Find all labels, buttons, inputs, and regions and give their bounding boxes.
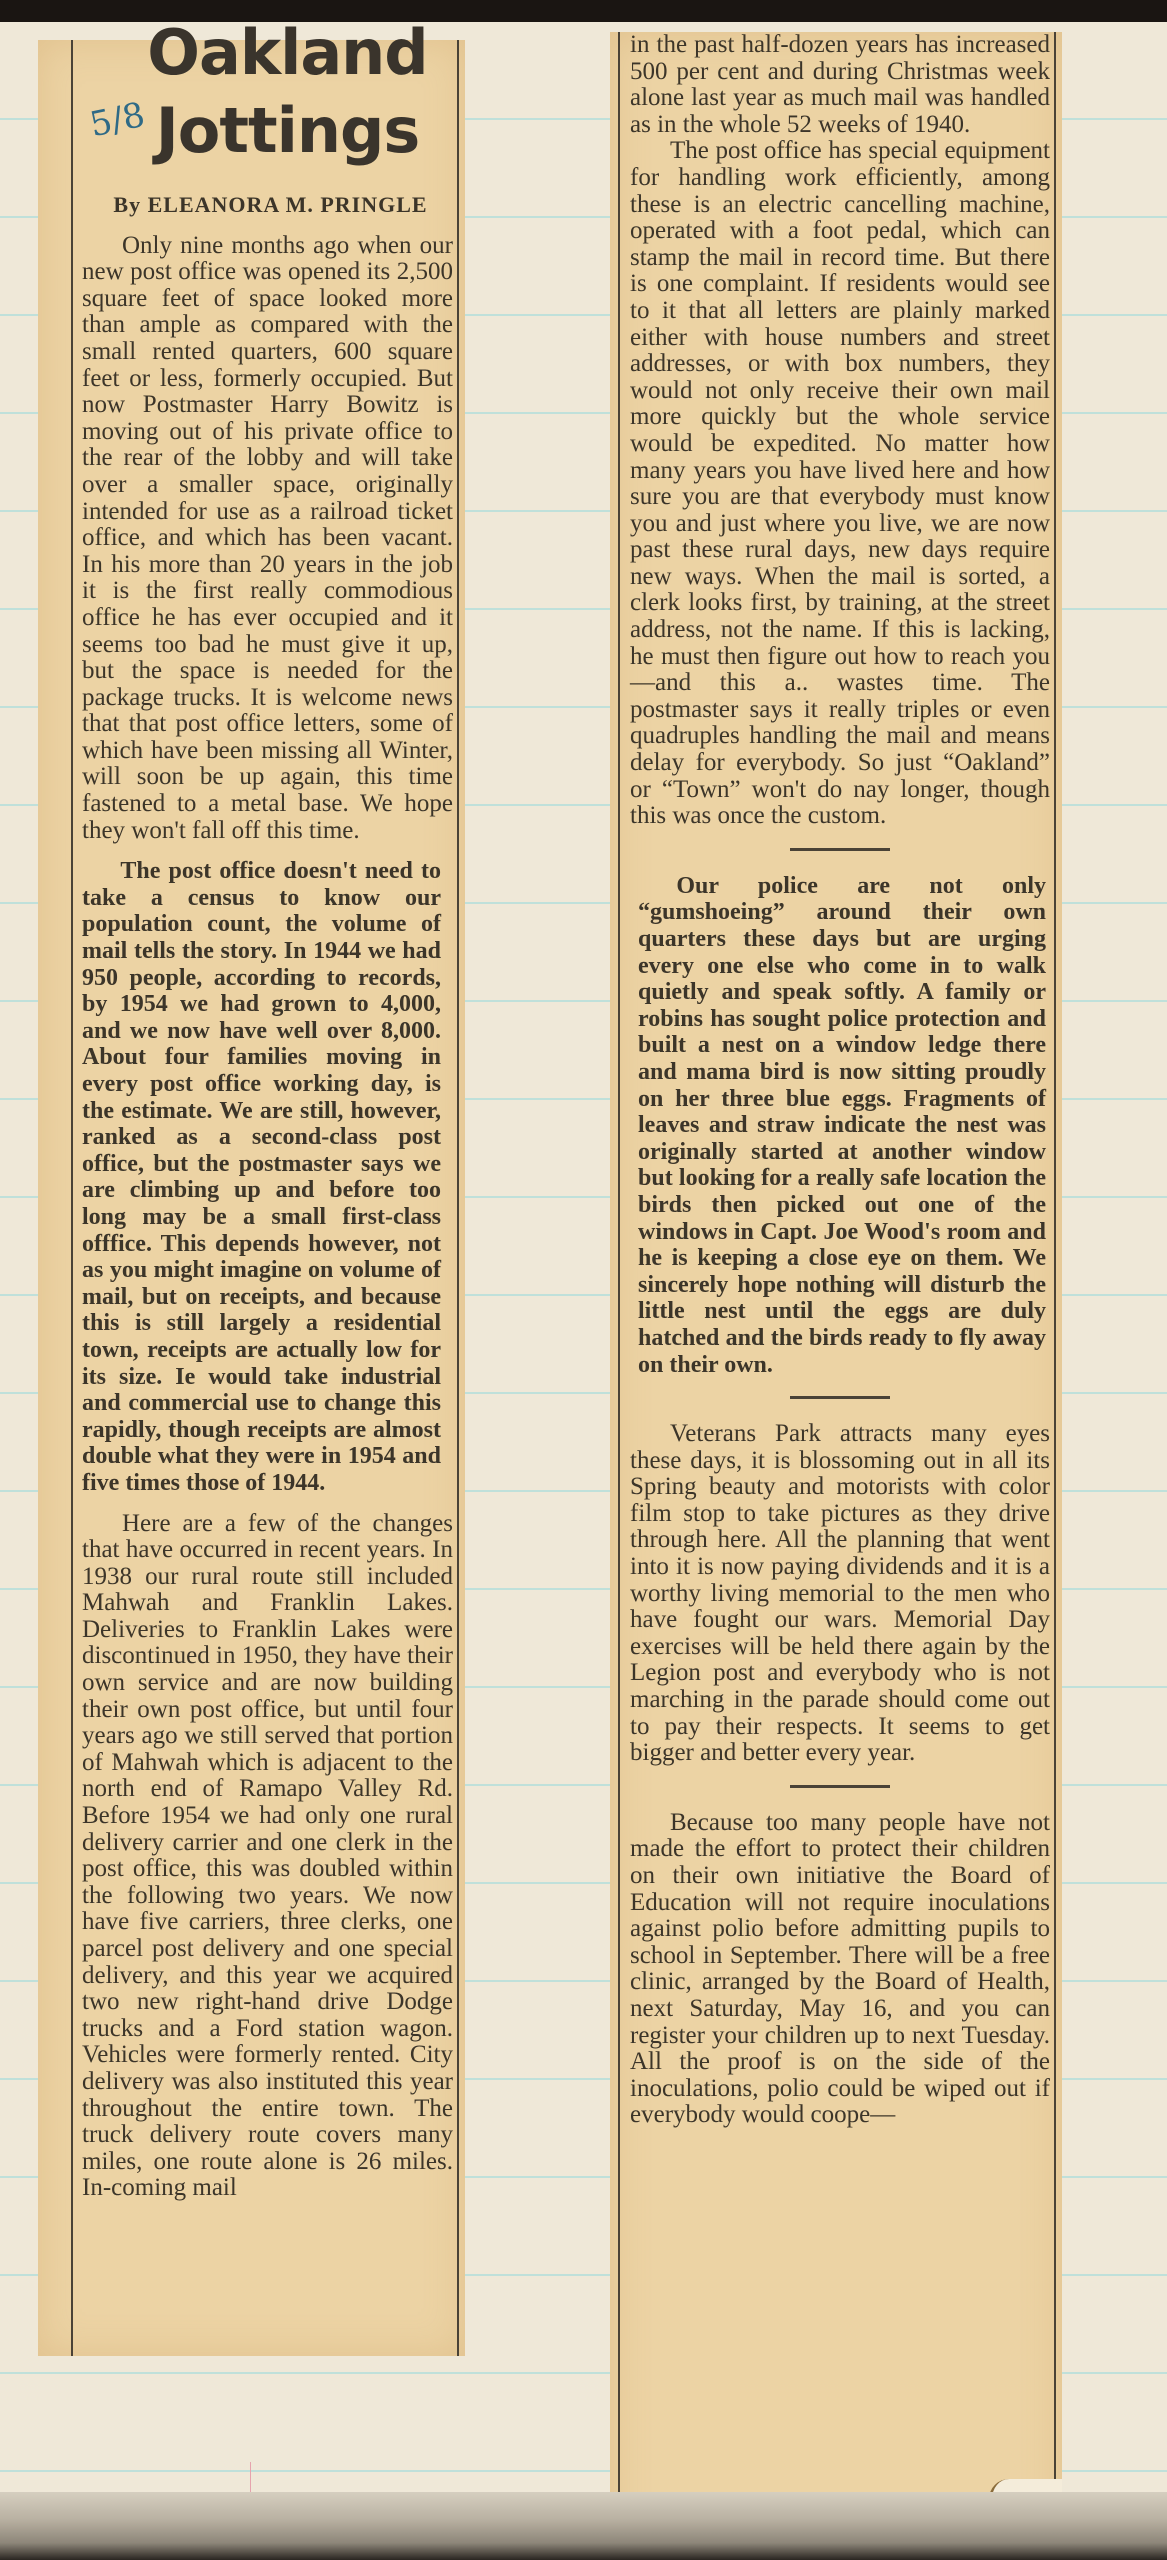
clipping-left-column: 5/8 Oakland Jottings By ELEANORA M. PRIN… bbox=[38, 40, 465, 2356]
title-line-1: Oakland bbox=[122, 18, 453, 88]
article-paragraph: Veterans Park attracts many eyes these d… bbox=[630, 1421, 1050, 1767]
article-paragraph: Only nine months ago when our new post o… bbox=[82, 233, 453, 845]
column-rule bbox=[1054, 32, 1056, 2554]
section-divider bbox=[790, 1396, 890, 1399]
article-column-right: in the past half-dozen years has increas… bbox=[630, 32, 1050, 2129]
book-edge bbox=[0, 2492, 1167, 2560]
article-title: Oakland Jottings bbox=[122, 18, 453, 166]
article-paragraph: The post office has special equipment fo… bbox=[630, 138, 1050, 829]
left-paragraphs: Only nine months ago when our new post o… bbox=[82, 233, 453, 2202]
article-column-left: Oakland Jottings By ELEANORA M. PRINGLE … bbox=[82, 40, 453, 2202]
byline: By ELEANORA M. PRINGLE bbox=[88, 192, 453, 219]
section-divider bbox=[790, 848, 890, 851]
article-paragraph: in the past half-dozen years has increas… bbox=[630, 32, 1050, 138]
article-paragraph: Here are a few of the changes that have … bbox=[82, 1511, 453, 2202]
article-paragraph: The post office doesn't need to take a c… bbox=[82, 858, 441, 1496]
clipping-right-column: in the past half-dozen years has increas… bbox=[610, 32, 1062, 2554]
section-divider bbox=[790, 1785, 890, 1788]
column-rule bbox=[618, 32, 620, 2554]
right-paragraphs: in the past half-dozen years has increas… bbox=[630, 32, 1050, 2129]
article-paragraph: Because too many people have not made th… bbox=[630, 1810, 1050, 2129]
column-rule bbox=[457, 40, 459, 2356]
notebook-page: 5/8 Oakland Jottings By ELEANORA M. PRIN… bbox=[0, 22, 1167, 2492]
title-line-2: Jottings bbox=[122, 96, 453, 166]
column-rule bbox=[71, 40, 73, 2356]
article-paragraph: Our police are not only “gumshoeing” aro… bbox=[638, 873, 1046, 1378]
